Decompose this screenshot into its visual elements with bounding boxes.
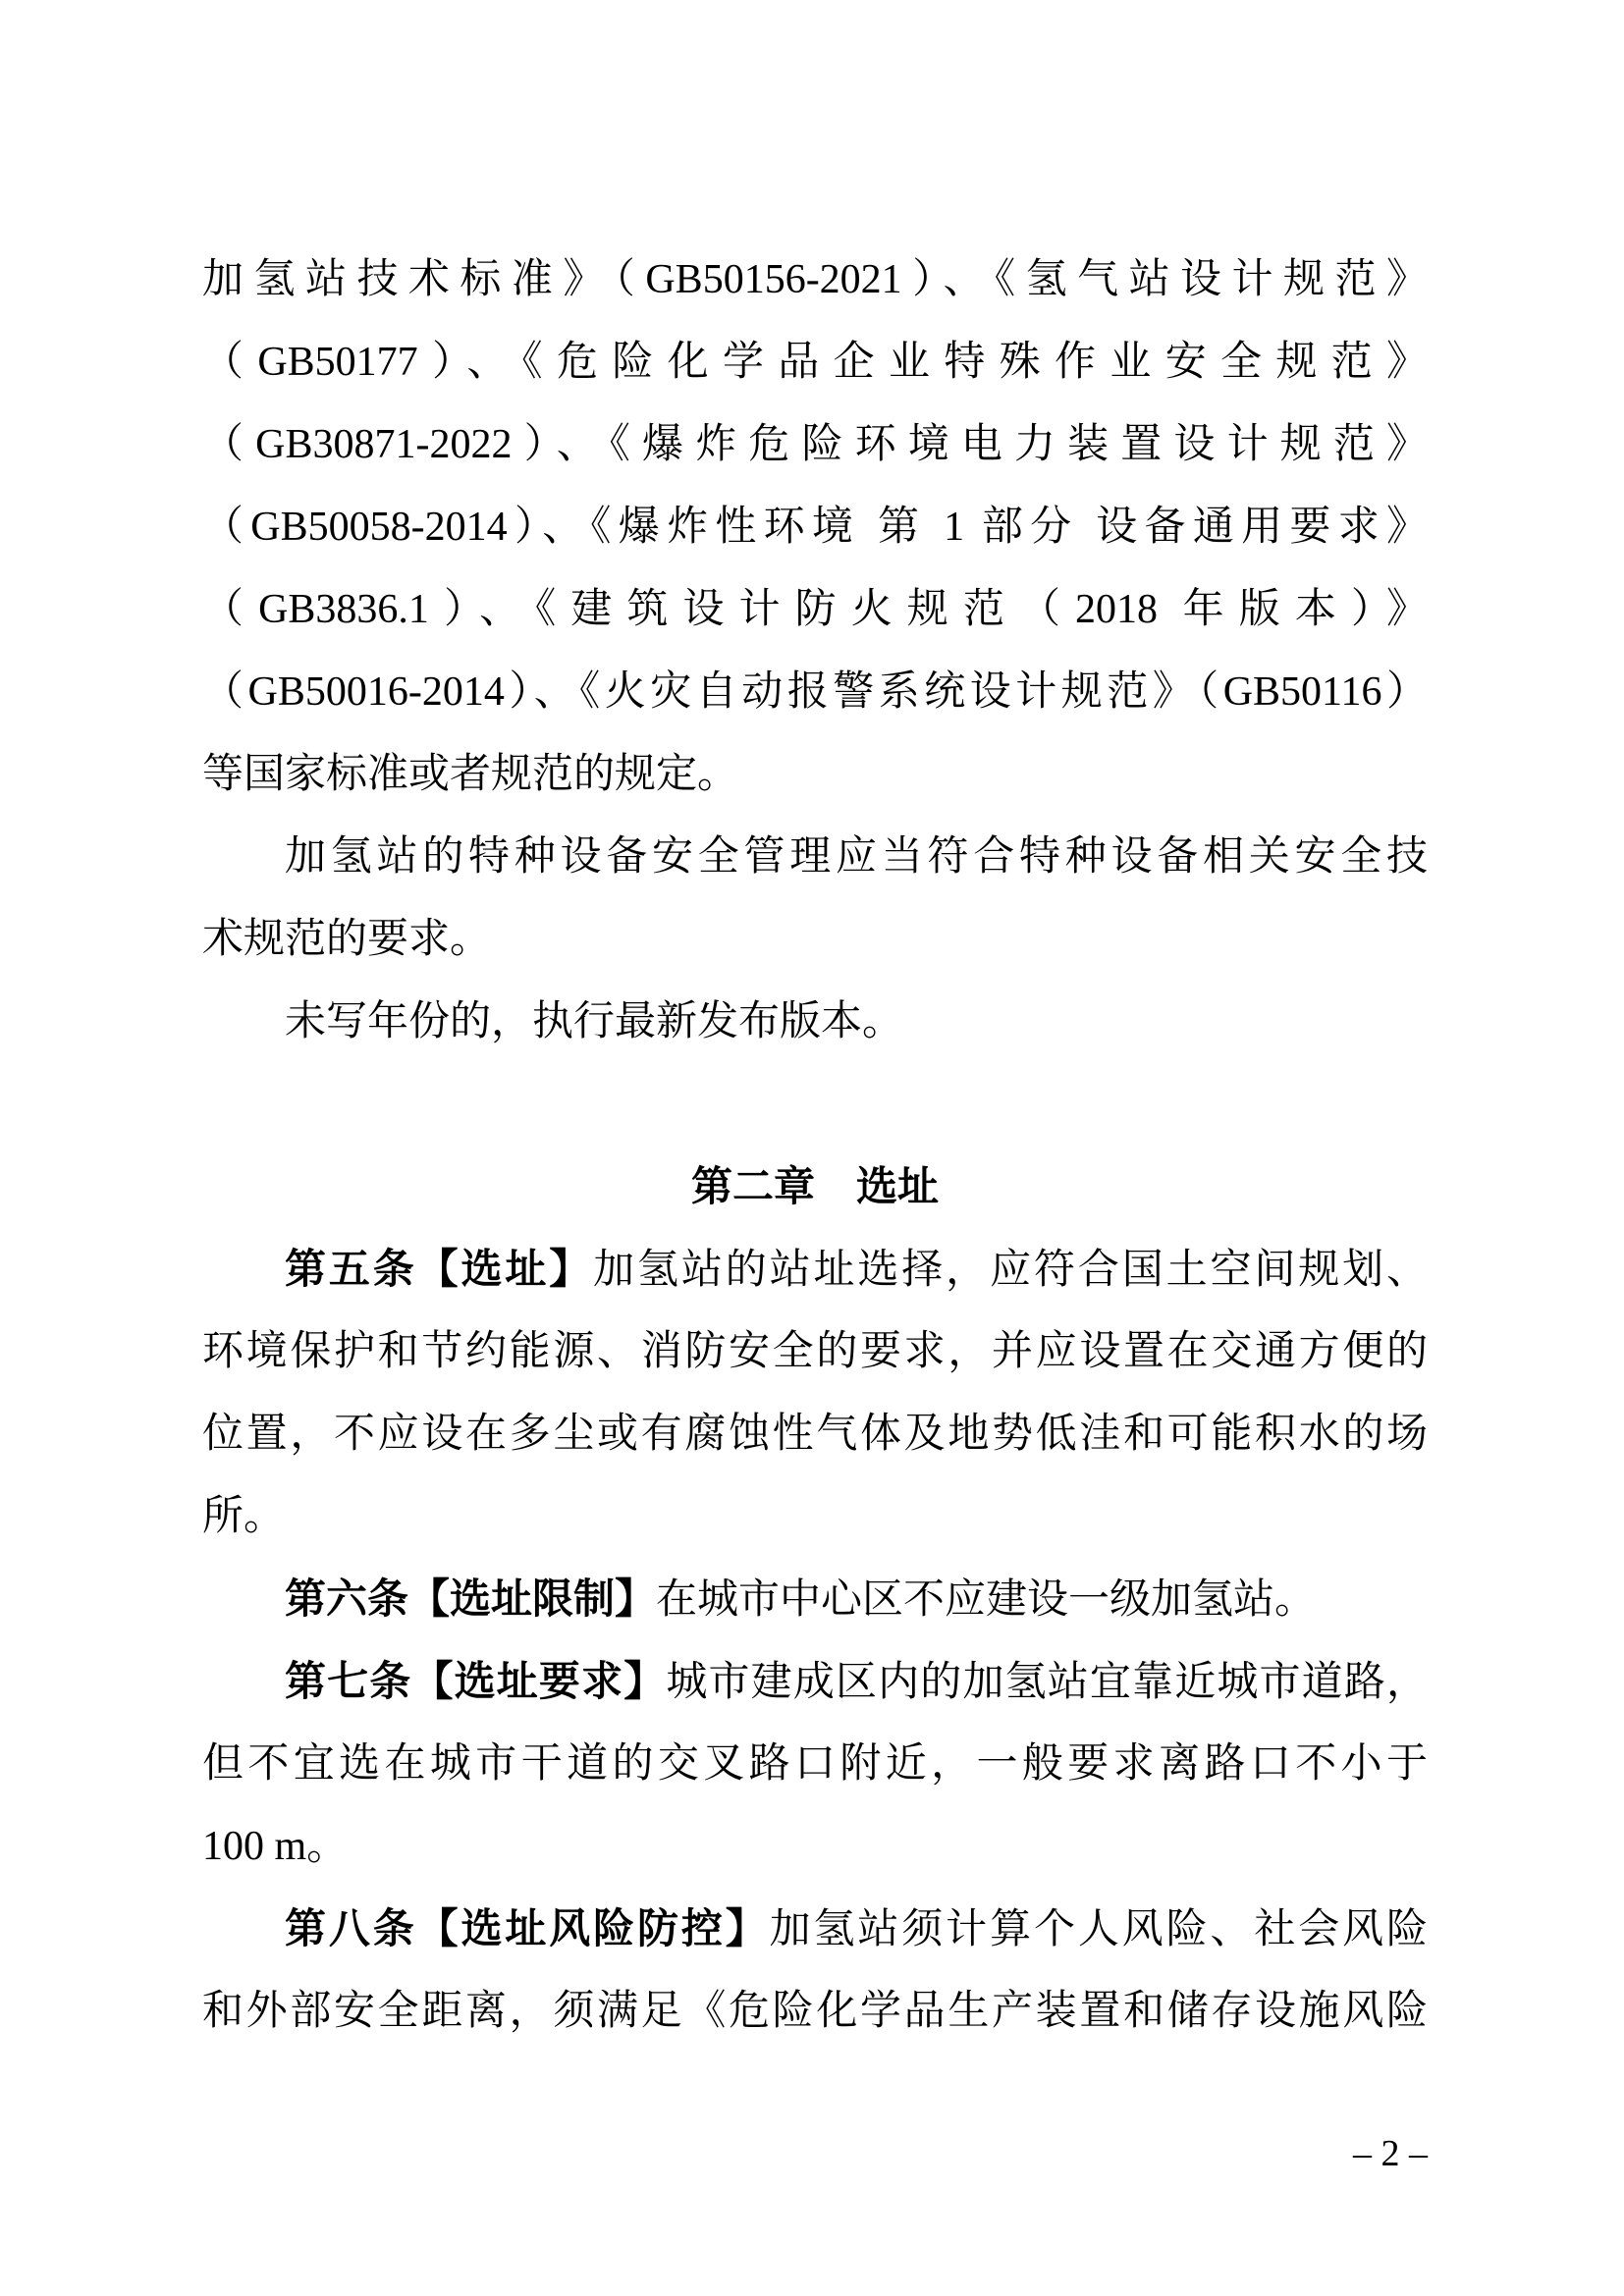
document-body: 加氢站技术标准》（GB50156-2021）、《氢气站设计规范》 （GB5017… [202,239,1428,2053]
line-text: 环境保护和节约能源、消防安全的要求，并应设置在交通方便的 [202,1329,1428,1374]
body-line: 第七条【选址要求】城市建成区内的加氢站宜靠近城市道路， [202,1640,1428,1723]
body-line: 第八条【选址风险防控】加氢站须计算个人风险、社会风险 [202,1888,1428,1970]
body-line: （GB50177）、《危险化学品企业特殊作业安全规范》 [202,321,1428,403]
page-number: – 2 – [1353,2132,1428,2175]
body-line: 和外部安全距离，须满足《危险化学品生产装置和储存设施风险 [202,1970,1428,2053]
body-line: 但不宜选在城市干道的交叉路口附近，一般要求离路口不小于 [202,1723,1428,1805]
line-text: 所。 [202,1494,285,1539]
line-text: 城市建成区内的加氢站宜靠近城市道路， [666,1660,1428,1705]
body-line: 未写年份的，执行最新发布版本。 [202,981,1428,1063]
line-text: 位置，不应设在多尘或有腐蚀性气体及地势低洼和可能积水的场 [202,1412,1428,1457]
chapter-heading-text: 第二章 选址 [691,1163,939,1209]
line-text: 加氢站须计算个人风险、社会风险 [770,1907,1428,1952]
line-text: 术规范的要求。 [202,917,491,962]
line-text: 在城市中心区不应建设一级加氢站。 [656,1577,1316,1623]
body-line: 术规范的要求。 [202,898,1428,981]
line-text: 但不宜选在城市干道的交叉路口附近，一般要求离路口不小于 [202,1741,1428,1787]
body-line: 第五条【选址】加氢站的站址选择，应符合国土空间规划、 [202,1228,1428,1310]
line-text: 未写年份的，执行最新发布版本。 [285,999,903,1044]
line-text: 加氢站的站址选择，应符合国土空间规划、 [593,1248,1428,1293]
article-5-label: 第五条【选址】 [285,1246,593,1292]
body-line: （GB30871-2022）、《爆炸危险环境电力装置设计规范》 [202,403,1428,486]
line-text: 和外部安全距离，须满足《危险化学品生产装置和储存设施风险 [202,1989,1428,2034]
document-page: 加氢站技术标准》（GB50156-2021）、《氢气站设计规范》 （GB5017… [0,0,1624,2296]
body-line: 100 m。 [202,1805,1428,1888]
line-text: 加氢站技术标准》（GB50156-2021）、《氢气站设计规范》 [202,257,1428,302]
body-line: （GB3836.1）、《建筑设计防火规范（2018 年版本）》 [202,568,1428,651]
article-8-label: 第八条【选址风险防控】 [285,1905,770,1951]
line-text: （GB50058-2014）、《爆炸性环境 第 1 部分 设备通用要求》 [202,505,1428,550]
line-text: （GB30871-2022）、《爆炸危险环境电力装置设计规范》 [202,422,1428,467]
line-text: （GB3836.1）、《建筑设计防火规范（2018 年版本）》 [202,587,1428,632]
body-line: 第六条【选址限制】在城市中心区不应建设一级加氢站。 [202,1558,1428,1640]
line-text: 100 m。 [202,1824,348,1869]
blank-line [202,1063,1428,1146]
body-line: 环境保护和节约能源、消防安全的要求，并应设置在交通方便的 [202,1310,1428,1393]
body-line: 加氢站技术标准》（GB50156-2021）、《氢气站设计规范》 [202,239,1428,321]
body-line: （GB50016-2014）、《火灾自动报警系统设计规范》（GB50116） [202,651,1428,733]
line-text: （GB50016-2014）、《火灾自动报警系统设计规范》（GB50116） [202,669,1428,715]
chapter-heading: 第二章 选址 [202,1146,1428,1228]
body-line: 位置，不应设在多尘或有腐蚀性气体及地势低洼和可能积水的场 [202,1393,1428,1475]
body-line: 所。 [202,1475,1428,1558]
line-text: （GB50177）、《危险化学品企业特殊作业安全规范》 [202,340,1428,385]
line-text: 等国家标准或者规范的规定。 [202,752,738,797]
article-6-label: 第六条【选址限制】 [285,1575,656,1622]
body-line: 加氢站的特种设备安全管理应当符合特种设备相关安全技 [202,816,1428,898]
article-7-label: 第七条【选址要求】 [285,1658,666,1704]
body-line: 等国家标准或者规范的规定。 [202,733,1428,816]
body-line: （GB50058-2014）、《爆炸性环境 第 1 部分 设备通用要求》 [202,486,1428,568]
line-text: 加氢站的特种设备安全管理应当符合特种设备相关安全技 [285,834,1428,880]
